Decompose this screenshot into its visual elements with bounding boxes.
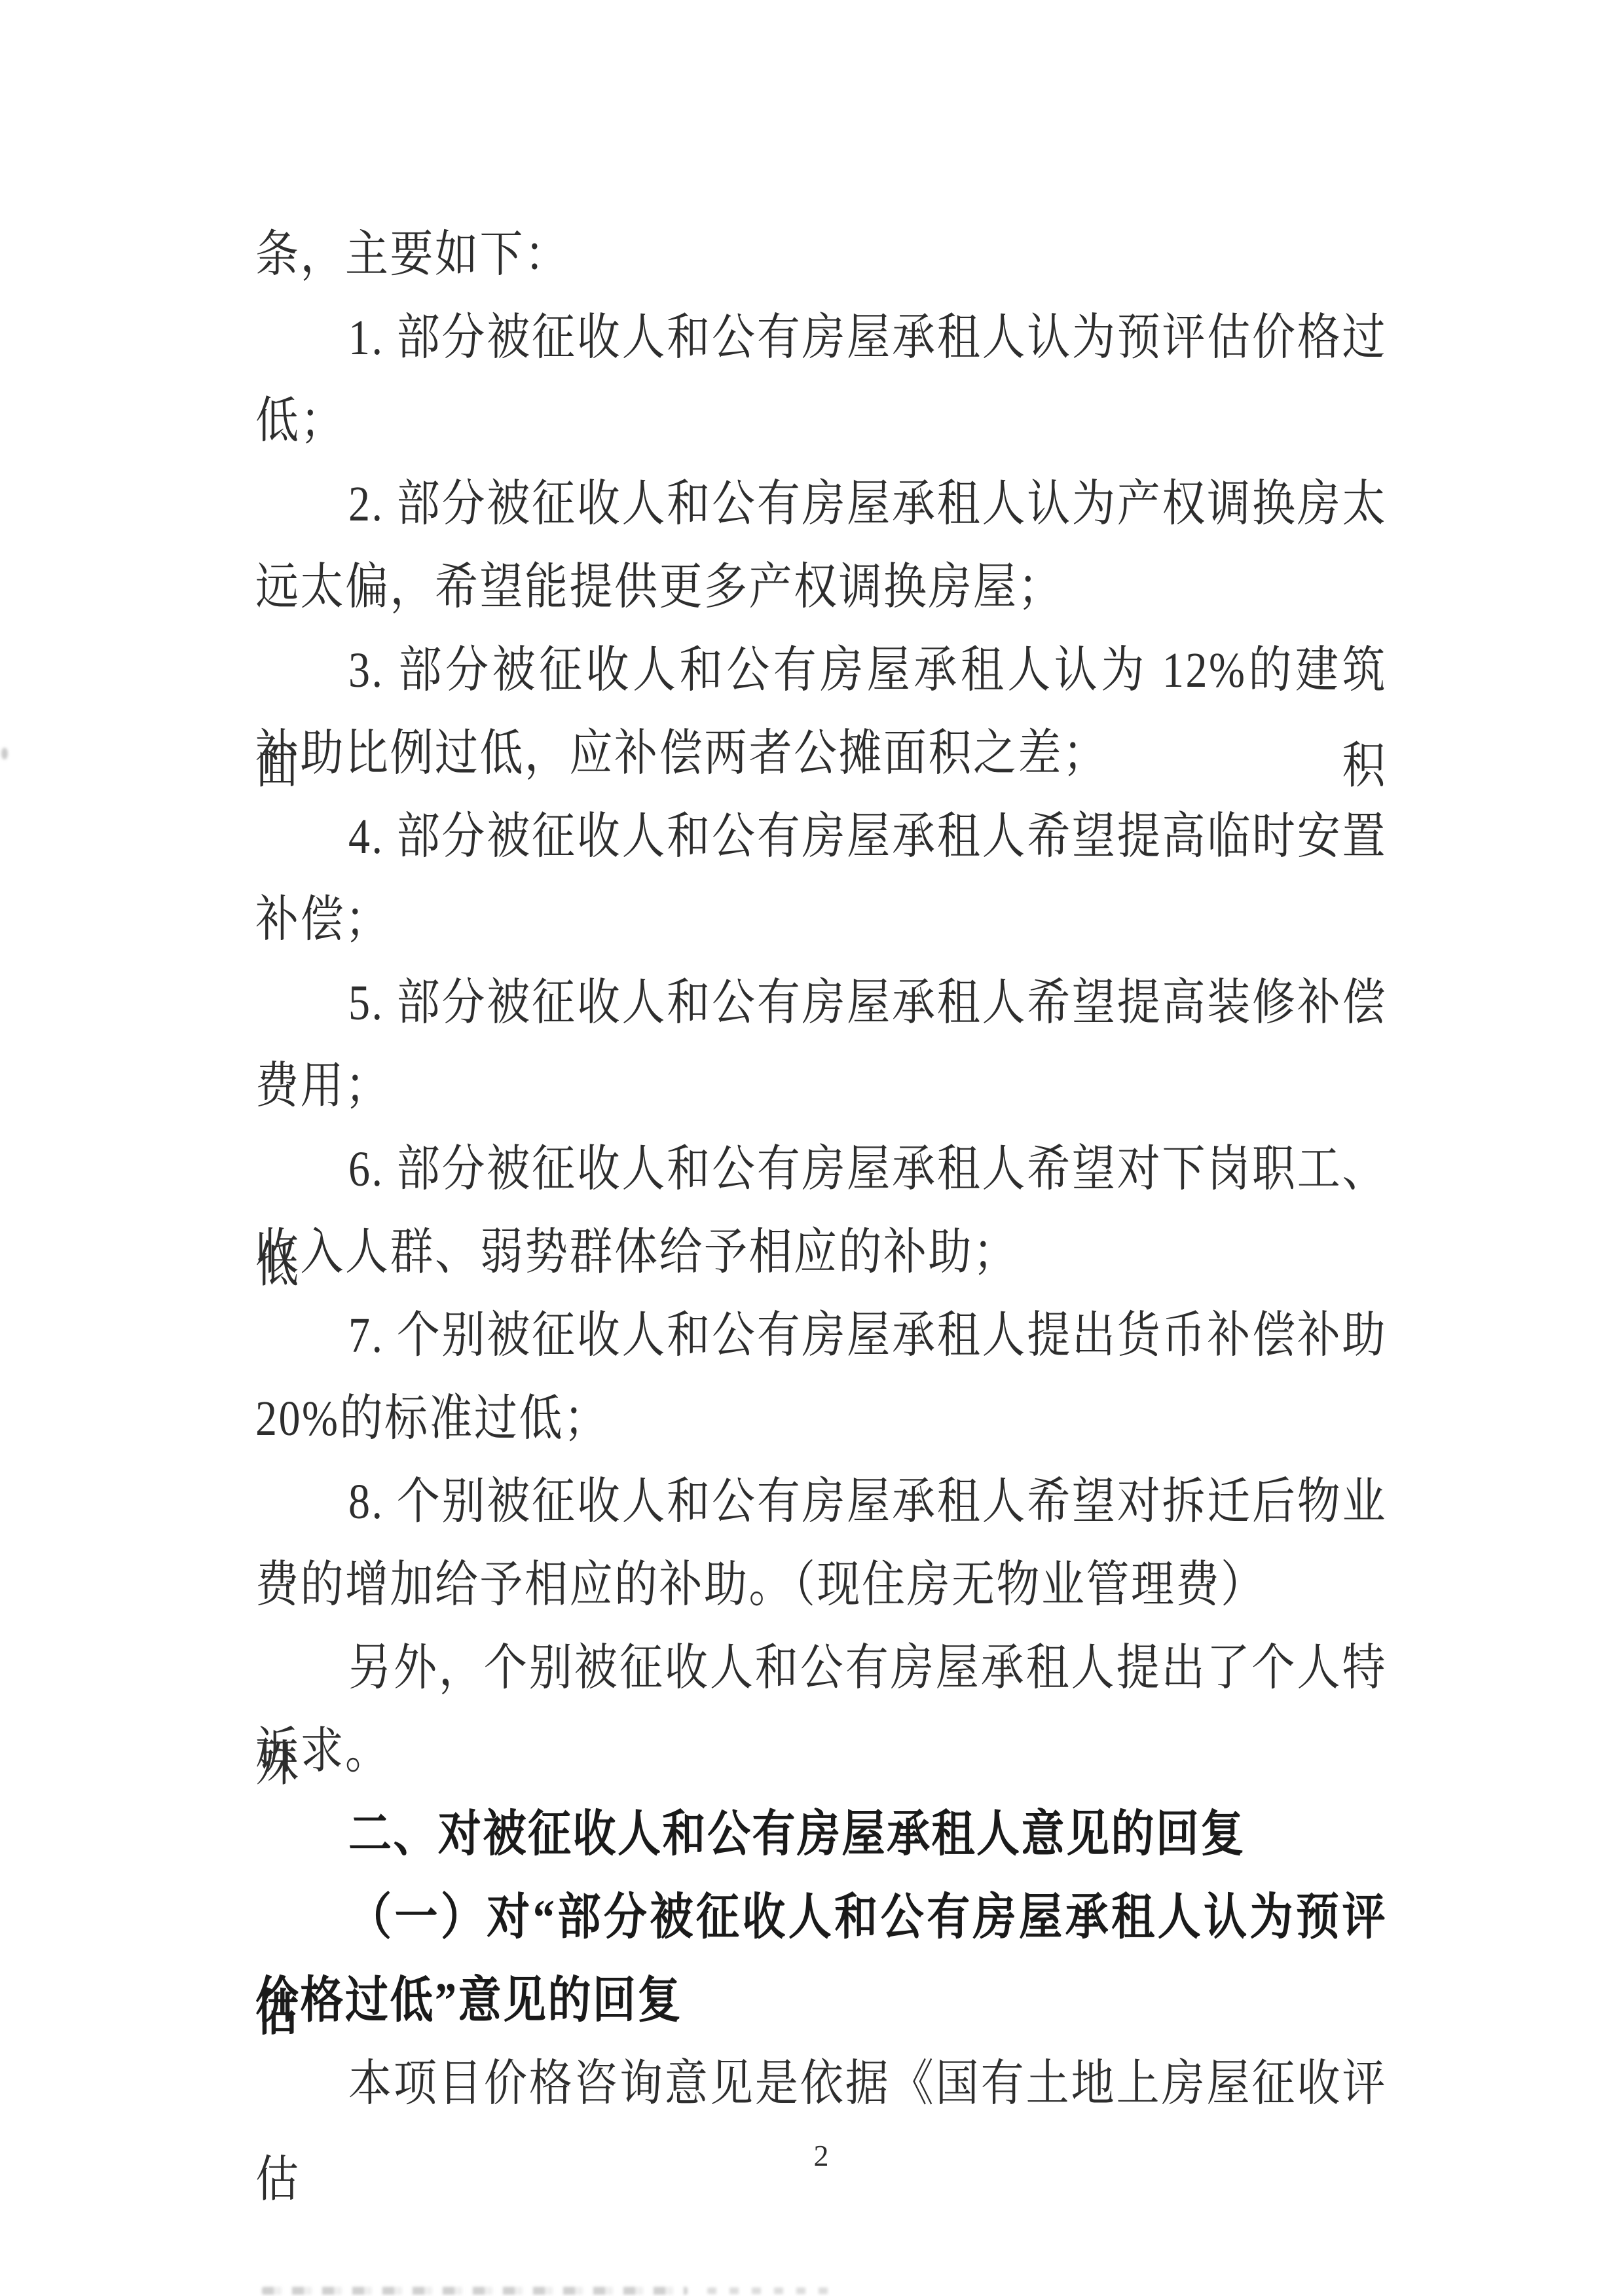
text-line: （一）对“部分被征收人和公有房屋承租人认为预评估	[255, 1870, 1387, 1965]
text-line: 本项目价格咨询意见是依据《国有土地上房屋征收评估	[255, 2036, 1387, 2132]
text-line: 费用；	[255, 1038, 1387, 1134]
text-line: 低；	[255, 373, 1387, 469]
text-line: 1. 部分被征收人和公有房屋承租人认为预评估价格过	[255, 290, 1387, 386]
text-line: 价格过低”意见的回复	[255, 1953, 1387, 2049]
document-text: 条，主要如下：1. 部分被征收人和公有房屋承租人认为预评估价格过低；2. 部分被…	[255, 213, 1387, 2126]
text-line: 补助比例过低，应补偿两者公摊面积之差；	[255, 706, 1387, 801]
text-line: 条，主要如下：	[255, 207, 1387, 302]
text-line: 补偿；	[255, 872, 1387, 968]
page-number: 2	[255, 2126, 1387, 2185]
text-line: 7. 个别被征收人和公有房屋承租人提出货币补偿补助	[255, 1288, 1387, 1383]
scan-speck	[1, 748, 8, 759]
text-line: 诉求。	[255, 1704, 1387, 1799]
scan-bleed-artifact	[262, 2287, 688, 2295]
text-line: 20%的标准过低；	[255, 1371, 1387, 1467]
text-line: 收入人群、弱势群体给予相应的补助；	[255, 1205, 1387, 1300]
text-line: 二、对被征收人和公有房屋承租人意见的回复	[255, 1787, 1387, 1882]
text-line: 另外，个别被征收人和公有房屋承租人提出了个人特殊	[255, 1620, 1387, 1716]
text-line: 远太偏，希望能提供更多产权调换房屋；	[255, 539, 1387, 635]
text-line: 3. 部分被征收人和公有房屋承租人认为 12%的建筑面积	[255, 623, 1387, 718]
text-line: 6. 部分被征收人和公有房屋承租人希望对下岗职工、低	[255, 1121, 1387, 1217]
text-line: 4. 部分被征收人和公有房屋承租人希望提高临时安置	[255, 789, 1387, 884]
text-line: 8. 个别被征收人和公有房屋承租人希望对拆迁后物业	[255, 1454, 1387, 1550]
text-line: 费的增加给予相应的补助。（现住房无物业管理费）	[255, 1537, 1387, 1633]
document-page: 条，主要如下：1. 部分被征收人和公有房屋承租人认为预评估价格过低；2. 部分被…	[0, 0, 1624, 2296]
scan-bleed-artifact	[707, 2287, 838, 2294]
text-line: 5. 部分被征收人和公有房屋承租人希望提高装修补偿	[255, 955, 1387, 1051]
text-line: 2. 部分被征收人和公有房屋承租人认为产权调换房太	[255, 456, 1387, 552]
